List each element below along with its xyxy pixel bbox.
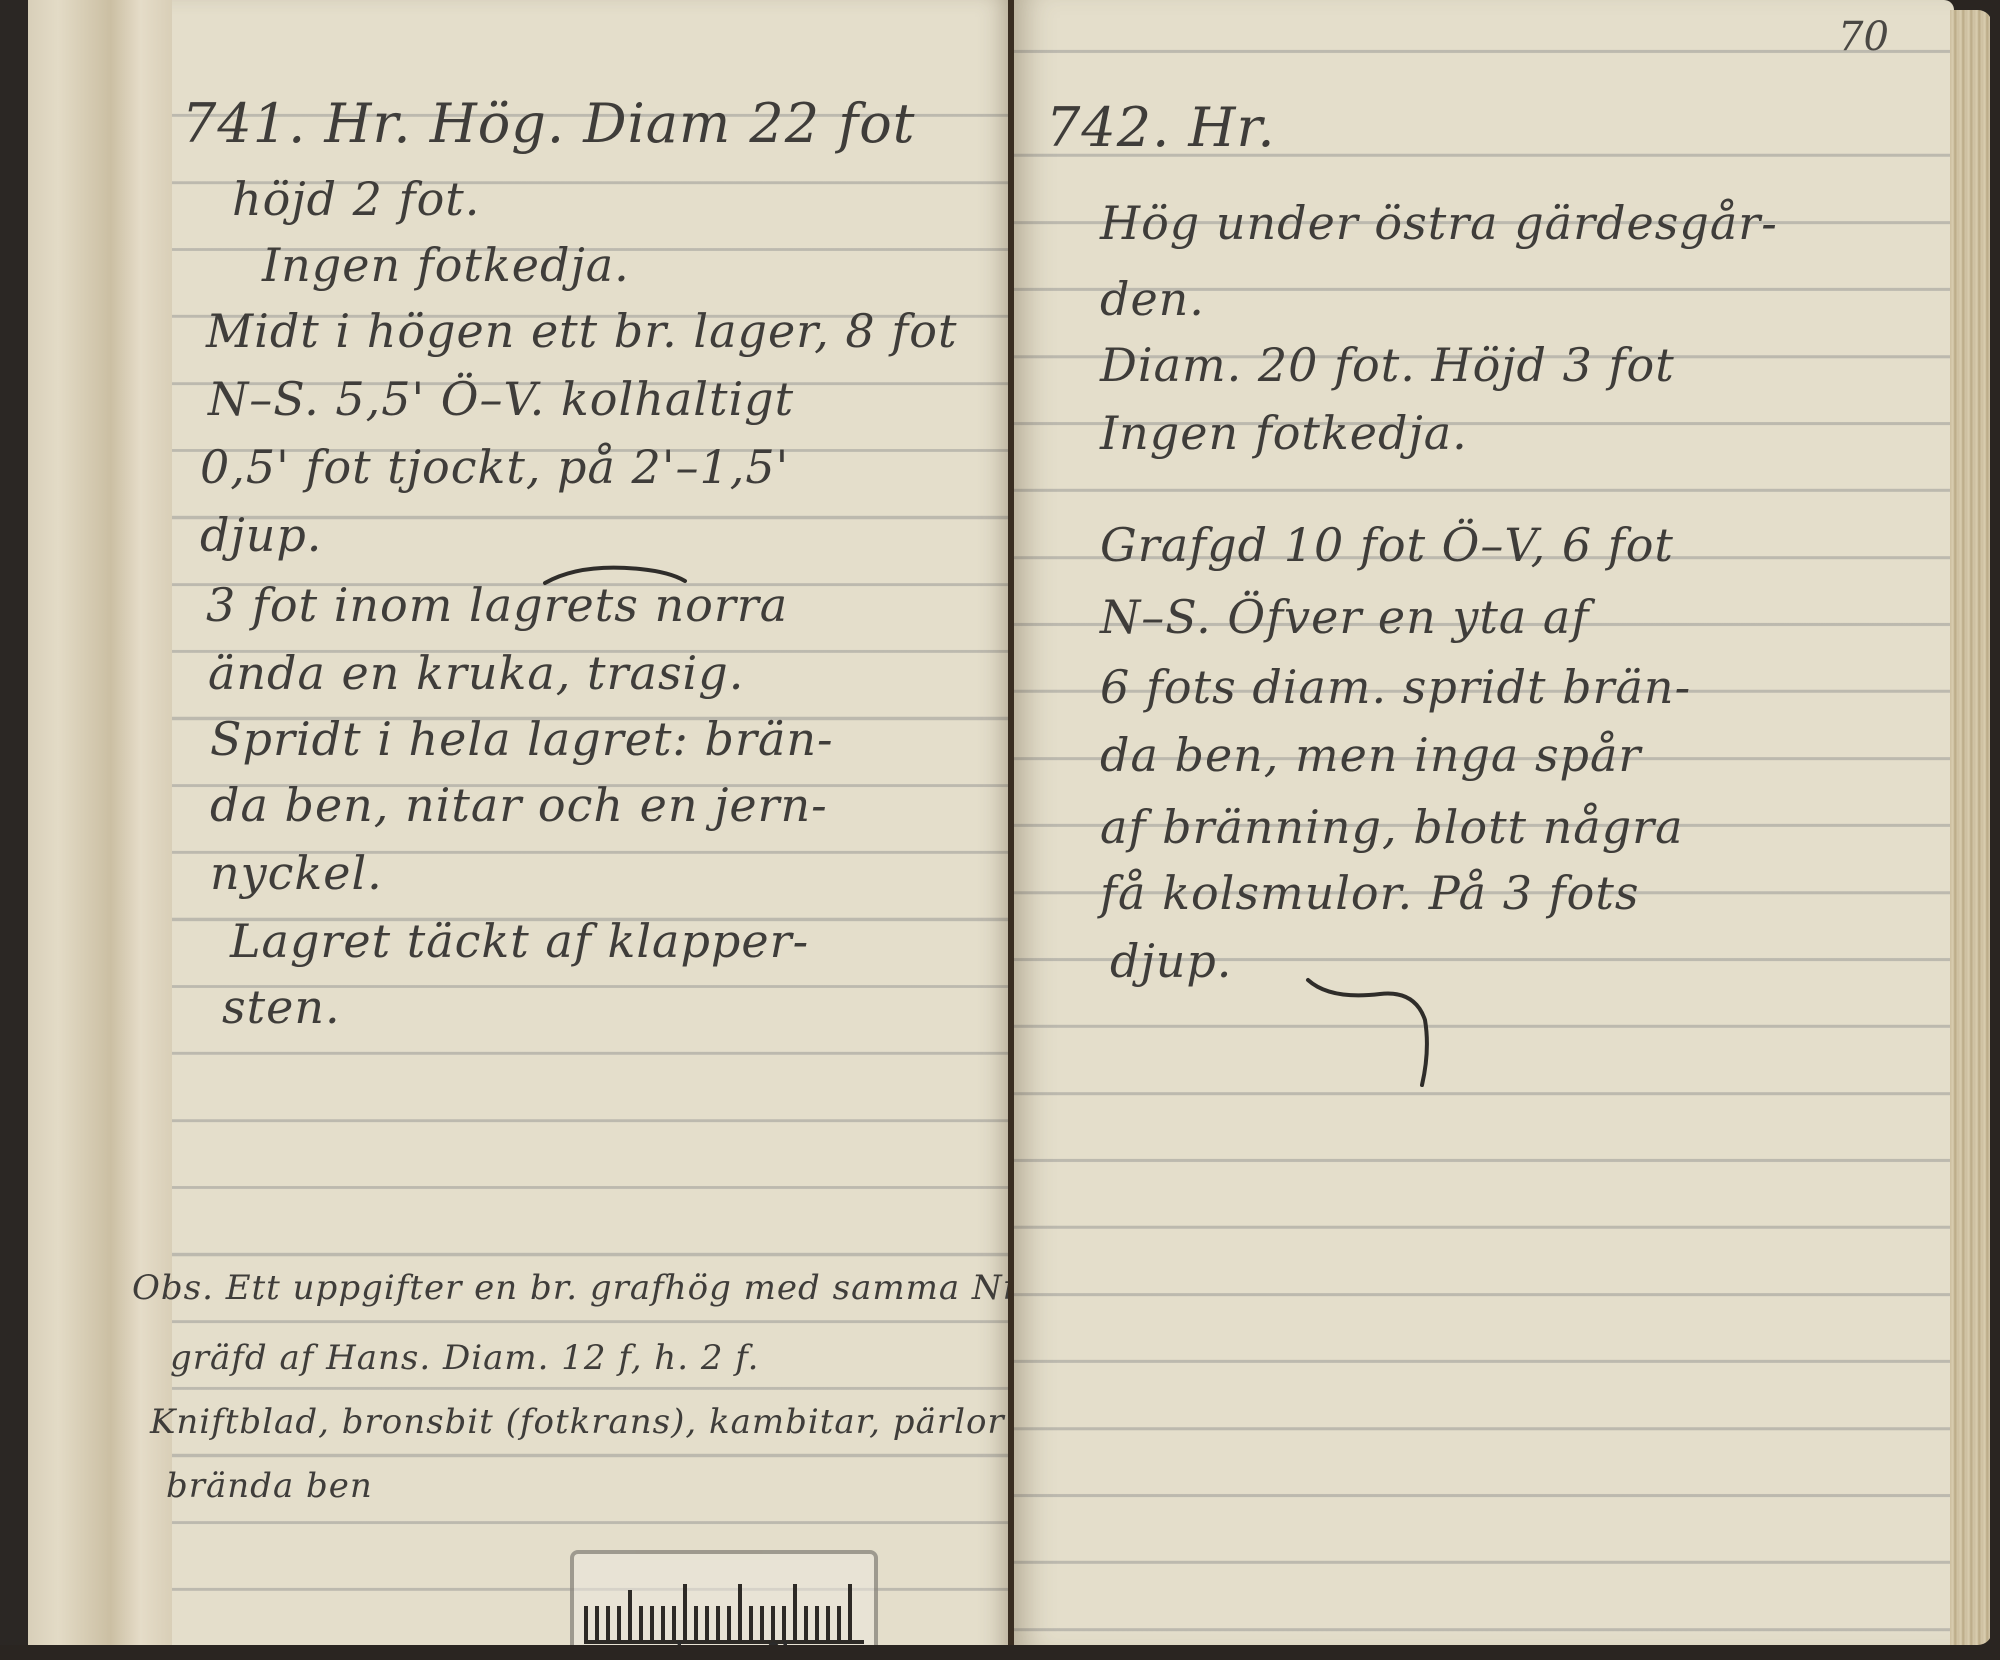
entry-742-line: djup. [1110, 934, 1232, 988]
entry-741-line: 741. Hr. Hög. Diam 22 fot [182, 92, 915, 155]
end-of-entry-flourish [1300, 960, 1460, 1090]
end-of-entry-flourish [540, 555, 690, 595]
book-cover-left [0, 0, 30, 1660]
entry-742-line: Ingen fotkedja. [1100, 406, 1468, 460]
entry-742-line: af bränning, blott några [1100, 800, 1684, 854]
footnote-line: Kniftblad, bronsbit (fotkrans), kambitar… [150, 1402, 1005, 1442]
entry-742-line: få kolsmulor. På 3 fots [1100, 866, 1639, 920]
entry-742-line: Hög under östra gärdesgår- [1100, 196, 1778, 250]
entry-741-line: Spridt i hela lagret: brän- [210, 712, 834, 766]
entry-742-line: N–S. Öfver en yta af [1100, 590, 1589, 644]
entry-741-line: ända en krukа, trasig. [208, 646, 744, 700]
entry-741-line: djup. [200, 508, 322, 562]
entry-742-line: Grafgd 10 fot Ö–V, 6 fot [1100, 518, 1674, 572]
entry-741-line: nyckel. [210, 846, 383, 900]
entry-741-line: Midt i högen ett br. lager, 8 fot [206, 304, 957, 358]
notebook-spread: 741. Hr. Hög. Diam 22 fot höjd 2 fot. In… [0, 0, 2000, 1660]
entry-741-line: N–S. 5,5' Ö–V. kolhaltigt [208, 372, 794, 426]
entry-741-line: Lagret täckt af klapper- [230, 914, 809, 968]
page-number: 70 [1838, 14, 1889, 60]
entry-742-line: 742. Hr. [1046, 96, 1276, 159]
footnote-line: gräfd af Hans. Diam. 12 f, h. 2 f. [170, 1338, 759, 1378]
entry-742-line: 6 fots diam. spridt brän- [1100, 660, 1691, 714]
entry-742-line: den. [1100, 272, 1205, 326]
entry-741-line: da ben, nitar och en jern- [210, 778, 828, 832]
entry-741-line: 3 fot inom lagrets norra [206, 578, 788, 632]
book-bottom-edge [0, 1645, 2000, 1660]
entry-742-line: Diam. 20 fot. Höjd 3 fot [1100, 338, 1675, 392]
entry-742-line: da ben, men inga spår [1100, 728, 1641, 782]
entry-741-line: sten. [222, 980, 341, 1034]
page-edges-right [1950, 10, 1992, 1645]
footnote-line: Obs. Ett uppgifter en br. grafhög med sa… [132, 1268, 1028, 1308]
book-cover-right [1990, 0, 2000, 1660]
footnote-line: brända ben [166, 1466, 373, 1506]
scale-ruler: 1 2 [570, 1550, 878, 1660]
entry-741-line: höjd 2 fot. [232, 172, 480, 226]
entry-741-line: 0,5' fot tjockt, på 2'–1,5' [200, 440, 789, 494]
entry-741-line: Ingen fotkedja. [262, 238, 630, 292]
